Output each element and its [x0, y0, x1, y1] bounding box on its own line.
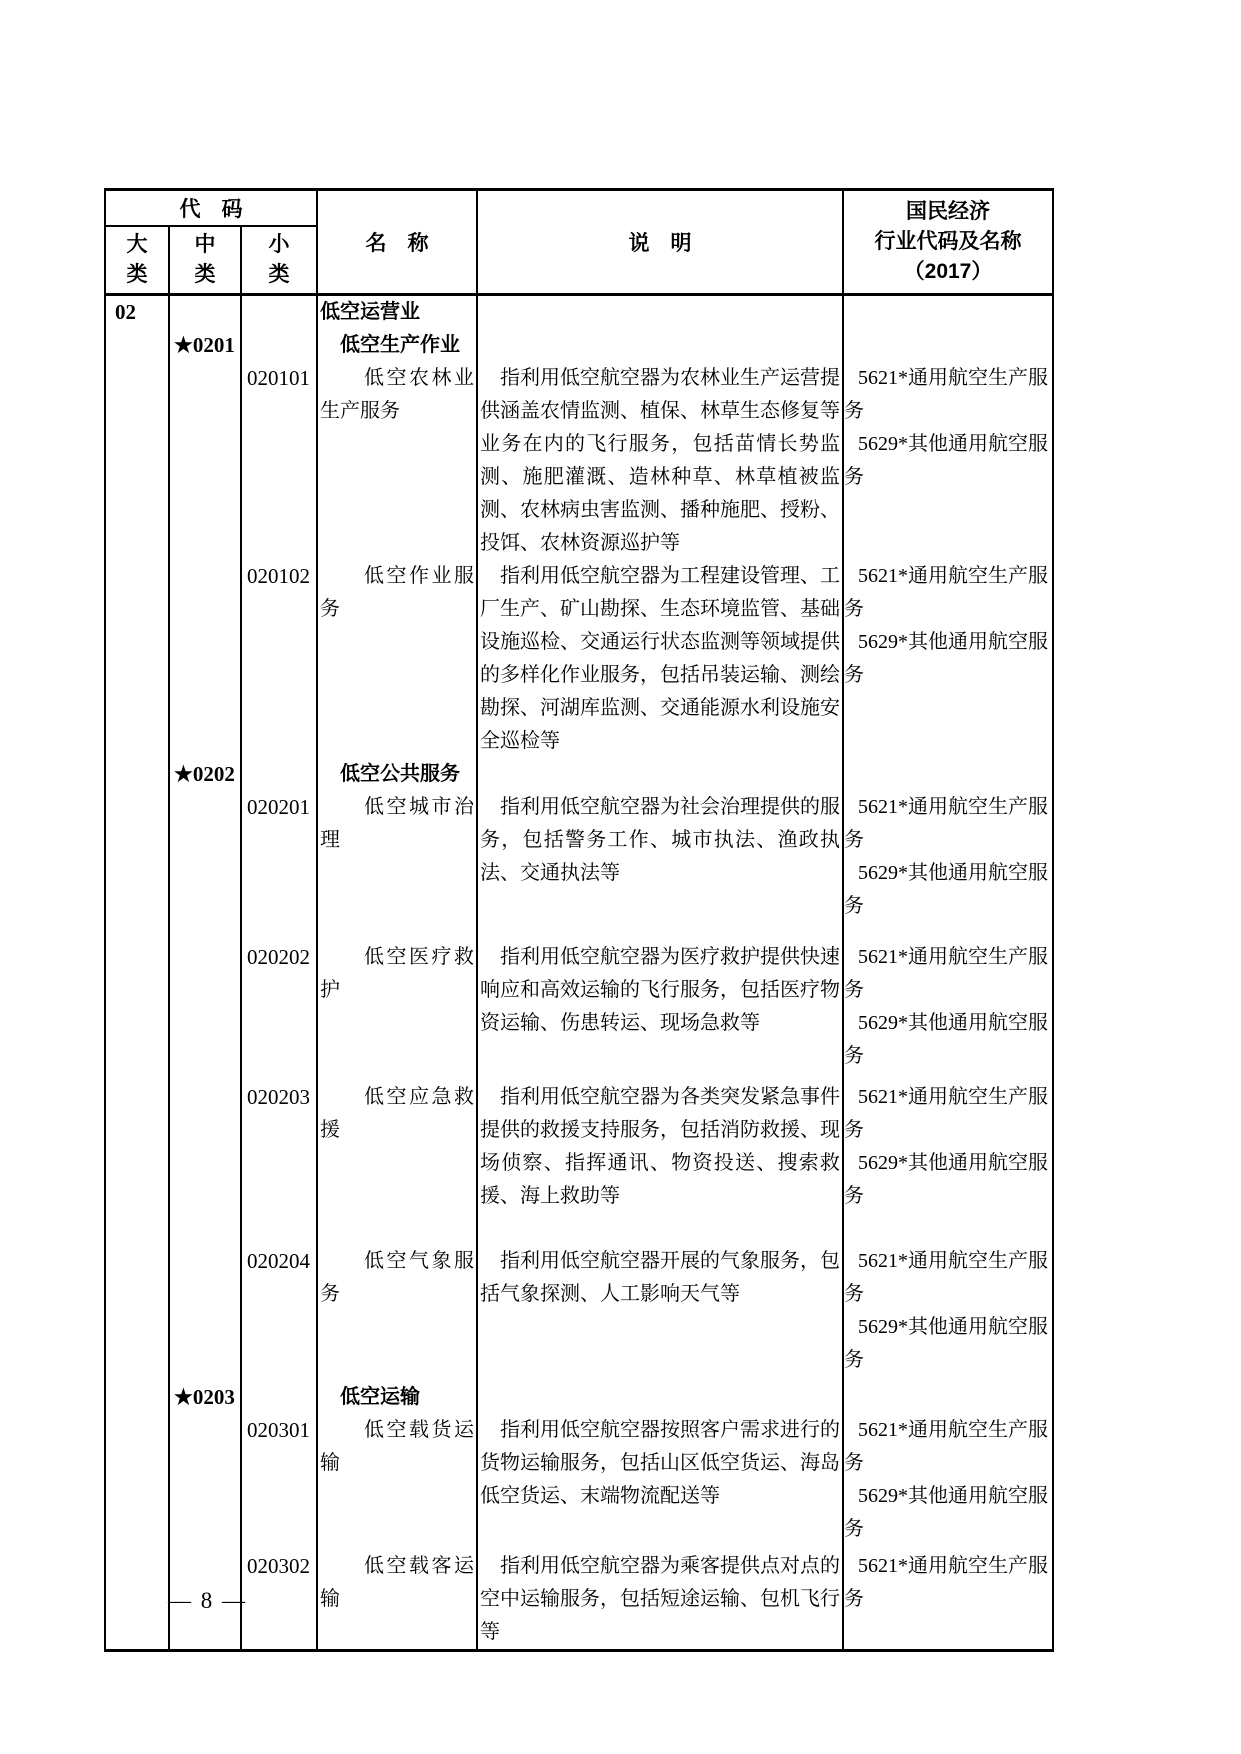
major-class-code [106, 1245, 168, 1381]
middle-class-code [168, 1081, 240, 1245]
small-class-code: 020204 [240, 1245, 316, 1381]
middle-class-code [168, 1414, 240, 1550]
econ-codes: 5621*通用航空生产服务5629*其他通用航空服务 [842, 791, 1052, 941]
econ-code-entry: 5629*其他通用航空服务 [844, 626, 1052, 692]
table-row: 020204 低空气象服务 指利用低空航空器开展的气象服务，包括气象探测、人工影… [106, 1245, 1052, 1381]
econ-codes: 5621*通用航空生产服务5629*其他通用航空服务 [842, 1081, 1052, 1245]
econ-code-entry: 5621*通用航空生产服务 [844, 1245, 1052, 1311]
major-class-code [106, 1414, 168, 1550]
class-description: 指利用低空航空器为乘客提供点对点的空中运输服务，包括短途运输、包机飞行等 [476, 1550, 842, 1649]
table-row: 020102 低空作业服务 指利用低空航空器为工程建设管理、工厂生产、矿山勘探、… [106, 560, 1052, 758]
description-text: 指利用低空航空器为社会治理提供的服务，包括警务工作、城市执法、渔政执法、交通执法… [480, 791, 840, 890]
middle-class-code [168, 362, 240, 560]
class-name: 低空载客运输 [316, 1550, 476, 1649]
class-description [476, 329, 842, 362]
econ-code-entry: 5629*其他通用航空服务 [844, 1311, 1052, 1377]
major-class-code [106, 941, 168, 1081]
classification-table: 代 码 大 类 中 类 小 类 名 称 说 明 国民经济 行业代码及名称 （20… [104, 188, 1054, 1652]
econ-code-entry: 5629*其他通用航空服务 [844, 1007, 1052, 1073]
header-code-group: 代 码 [106, 191, 316, 227]
middle-class-code: ★0201 [168, 329, 240, 362]
page-number: — 8 — [168, 1588, 247, 1614]
major-class-code [106, 560, 168, 758]
class-description: 指利用低空航空器为社会治理提供的服务，包括警务工作、城市执法、渔政执法、交通执法… [476, 791, 842, 941]
document-page: 代 码 大 类 中 类 小 类 名 称 说 明 国民经济 行业代码及名称 （20… [0, 0, 1241, 1754]
class-description: 指利用低空航空器开展的气象服务，包括气象探测、人工影响天气等 [476, 1245, 842, 1381]
class-description: 指利用低空航空器为医疗救护提供快速响应和高效运输的飞行服务，包括医疗物资运输、伤… [476, 941, 842, 1081]
econ-codes: 5621*通用航空生产服务5629*其他通用航空服务 [842, 1245, 1052, 1381]
econ-codes [842, 1381, 1052, 1414]
class-name: 低空农林业生产服务 [316, 362, 476, 560]
table-header: 代 码 大 类 中 类 小 类 名 称 说 明 国民经济 行业代码及名称 （20… [106, 191, 1052, 296]
econ-code-entry: 5621*通用航空生产服务 [844, 1414, 1052, 1480]
small-class-code: 020203 [240, 1081, 316, 1245]
small-class-code [240, 1381, 316, 1414]
description-text: 指利用低空航空器为工程建设管理、工厂生产、矿山勘探、生态环境监管、基础设施巡检、… [480, 560, 840, 758]
econ-code-entry: 5629*其他通用航空服务 [844, 428, 1052, 494]
small-class-code: 020302 [240, 1550, 316, 1649]
description-text: 指利用低空航空器为各类突发紧急事件提供的救援支持服务，包括消防救援、现场侦察、指… [480, 1081, 840, 1213]
small-class-code: 020201 [240, 791, 316, 941]
table-body: 02 低空运营业 ★0201 低空生产作业 020101 低空农林业生产服务 [106, 296, 1052, 1649]
econ-codes: 5621*通用航空生产服务5629*其他通用航空服务 [842, 560, 1052, 758]
header-middle-class: 中 类 [168, 227, 240, 293]
class-name: 低空载货运输 [316, 1414, 476, 1550]
small-class-code [240, 296, 316, 329]
major-class-code: 02 [106, 296, 168, 329]
header-small-class: 小 类 [240, 227, 316, 293]
class-name: 低空应急救援 [316, 1081, 476, 1245]
class-description: 指利用低空航空器为工程建设管理、工厂生产、矿山勘探、生态环境监管、基础设施巡检、… [476, 560, 842, 758]
small-class-code [240, 758, 316, 791]
header-description: 说 明 [476, 191, 842, 293]
class-description: 指利用低空航空器按照客户需求进行的货物运输服务，包括山区低空货运、海岛低空货运、… [476, 1414, 842, 1550]
table-row: 020301 低空载货运输 指利用低空航空器按照客户需求进行的货物运输服务，包括… [106, 1414, 1052, 1550]
description-text: 指利用低空航空器为农林业生产运营提供涵盖农情监测、植保、林草生态修复等业务在内的… [480, 362, 840, 560]
class-description: 指利用低空航空器为各类突发紧急事件提供的救援支持服务，包括消防救援、现场侦察、指… [476, 1081, 842, 1245]
small-class-code: 020202 [240, 941, 316, 1081]
description-text: 指利用低空航空器开展的气象服务，包括气象探测、人工影响天气等 [480, 1245, 840, 1311]
table-row: 020203 低空应急救援 指利用低空航空器为各类突发紧急事件提供的救援支持服务… [106, 1081, 1052, 1245]
table-row: ★0203 低空运输 [106, 1381, 1052, 1414]
econ-codes: 5621*通用航空生产服务5629*其他通用航空服务 [842, 941, 1052, 1081]
description-text: 指利用低空航空器为医疗救护提供快速响应和高效运输的飞行服务，包括医疗物资运输、伤… [480, 941, 840, 1040]
description-text: 指利用低空航空器按照客户需求进行的货物运输服务，包括山区低空货运、海岛低空货运、… [480, 1414, 840, 1513]
table-row: 020202 低空医疗救护 指利用低空航空器为医疗救护提供快速响应和高效运输的飞… [106, 941, 1052, 1081]
major-class-code [106, 1381, 168, 1414]
major-class-code [106, 362, 168, 560]
econ-code-entry: 5621*通用航空生产服务 [844, 791, 1052, 857]
middle-class-code [168, 296, 240, 329]
class-name: 低空作业服务 [316, 560, 476, 758]
econ-code-entry: 5621*通用航空生产服务 [844, 362, 1052, 428]
middle-class-code: ★0203 [168, 1381, 240, 1414]
econ-codes: 5621*通用航空生产服务5629*其他通用航空服务 [842, 362, 1052, 560]
econ-codes [842, 296, 1052, 329]
small-class-code: 020101 [240, 362, 316, 560]
table-row: 020101 低空农林业生产服务 指利用低空航空器为农林业生产运营提供涵盖农情监… [106, 362, 1052, 560]
middle-class-code [168, 791, 240, 941]
major-class-code [106, 791, 168, 941]
class-name: 低空气象服务 [316, 1245, 476, 1381]
econ-code-entry: 5621*通用航空生产服务 [844, 560, 1052, 626]
header-econ-code: 国民经济 行业代码及名称 （2017） [842, 191, 1052, 293]
table-row: 02 低空运营业 [106, 296, 1052, 329]
econ-code-entry: 5629*其他通用航空服务 [844, 1147, 1052, 1213]
econ-codes: 5621*通用航空生产服务 [842, 1550, 1052, 1649]
major-class-code [106, 329, 168, 362]
econ-code-entry: 5621*通用航空生产服务 [844, 1550, 1052, 1616]
class-description: 指利用低空航空器为农林业生产运营提供涵盖农情监测、植保、林草生态修复等业务在内的… [476, 362, 842, 560]
table-row: 020201 低空城市治理 指利用低空航空器为社会治理提供的服务，包括警务工作、… [106, 791, 1052, 941]
small-class-code [240, 329, 316, 362]
class-name: 低空生产作业 [316, 329, 476, 362]
econ-code-entry: 5629*其他通用航空服务 [844, 1480, 1052, 1546]
major-class-code [106, 758, 168, 791]
class-description [476, 1381, 842, 1414]
header-major-class: 大 类 [106, 227, 168, 293]
class-name: 低空医疗救护 [316, 941, 476, 1081]
class-description [476, 296, 842, 329]
small-class-code: 020102 [240, 560, 316, 758]
major-class-code [106, 1081, 168, 1245]
description-text: 指利用低空航空器为乘客提供点对点的空中运输服务，包括短途运输、包机飞行等 [480, 1550, 840, 1649]
middle-class-code: ★0202 [168, 758, 240, 791]
table-row: ★0202 低空公共服务 [106, 758, 1052, 791]
class-name: 低空城市治理 [316, 791, 476, 941]
small-class-code: 020301 [240, 1414, 316, 1550]
class-name: 低空运营业 [316, 296, 476, 329]
table-row: ★0201 低空生产作业 [106, 329, 1052, 362]
table-row: 020302 低空载客运输 指利用低空航空器为乘客提供点对点的空中运输服务，包括… [106, 1550, 1052, 1649]
econ-codes [842, 758, 1052, 791]
middle-class-code [168, 560, 240, 758]
econ-codes [842, 329, 1052, 362]
class-name: 低空运输 [316, 1381, 476, 1414]
econ-code-entry: 5629*其他通用航空服务 [844, 857, 1052, 923]
class-name: 低空公共服务 [316, 758, 476, 791]
middle-class-code [168, 941, 240, 1081]
major-class-code [106, 1550, 168, 1649]
class-description [476, 758, 842, 791]
econ-code-entry: 5621*通用航空生产服务 [844, 941, 1052, 1007]
header-name: 名 称 [316, 191, 476, 293]
middle-class-code [168, 1245, 240, 1381]
econ-code-entry: 5621*通用航空生产服务 [844, 1081, 1052, 1147]
econ-codes: 5621*通用航空生产服务5629*其他通用航空服务 [842, 1414, 1052, 1550]
